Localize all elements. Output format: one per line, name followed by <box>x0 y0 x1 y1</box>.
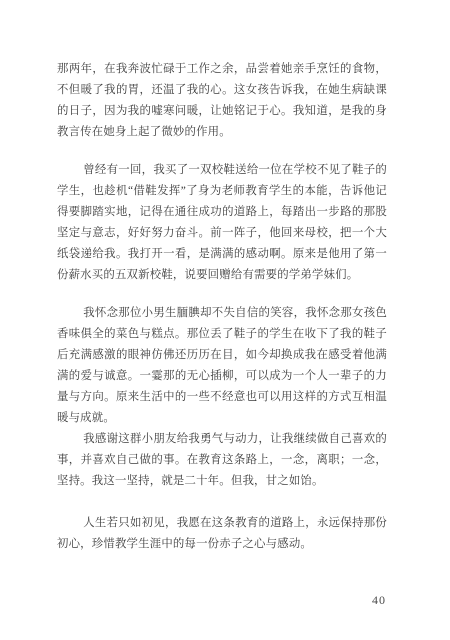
essay-body: 那两年，在我奔波忙碌于工作之余，品尝着她亲手烹饪的食物，不但暖了我的胃，还温了我… <box>57 59 387 555</box>
page-number: 40 <box>372 593 386 608</box>
paragraph-3: 我怀念那位小男生腼腆却不失自信的笑容，我怀念那女孩色香味俱全的菜色与糕点。那位丢… <box>57 303 387 429</box>
document-page: 那两年，在我奔波忙碌于工作之余，品尝着她亲手烹饪的食物，不但暖了我的胃，还温了我… <box>0 0 450 640</box>
paragraph-2: 曾经有一回，我买了一双校鞋送给一位在学校不见了鞋子的学生，也趁机“借鞋发挥”了身… <box>57 160 387 286</box>
paragraph-5: 人生若只如初见，我愿在这条教育的道路上，永远保持那份初心，珍惜教学生涯中的每一份… <box>57 513 387 555</box>
paragraph-4: 我感谢这群小朋友给我勇气与动力，让我继续做自己喜欢的事，并喜欢自己做的事。在教育… <box>57 429 387 492</box>
paragraph-1: 那两年，在我奔波忙碌于工作之余，品尝着她亲手烹饪的食物，不但暖了我的胃，还温了我… <box>57 59 387 143</box>
